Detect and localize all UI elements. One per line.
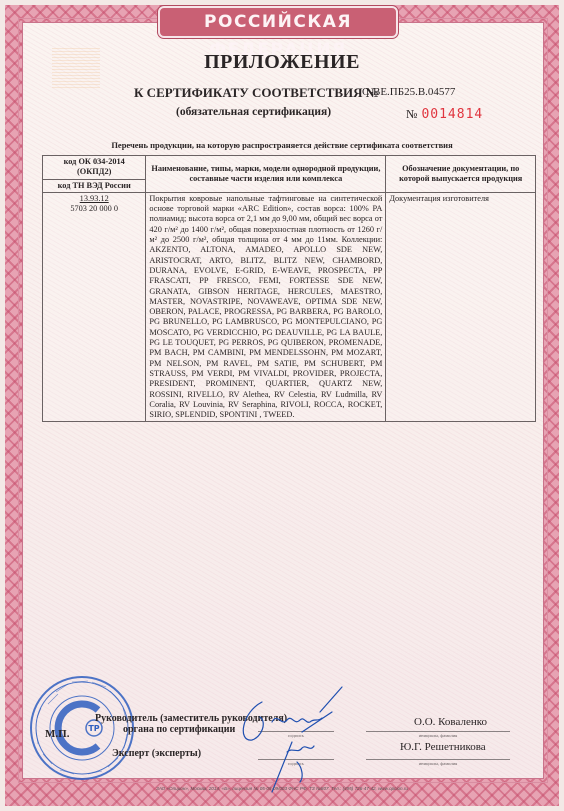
product-list-caption: Перечень продукции, на которую распростр… — [0, 140, 564, 150]
table-row: 13.93.12 5703 20 000 0 Покрытия ковровые… — [43, 192, 536, 422]
code-tnved-value: 5703 20 000 0 — [46, 204, 142, 214]
expert-name-line — [366, 759, 510, 760]
form-number: №0014814 — [406, 107, 483, 122]
header-code-okpd: код ОК 034-2014 (ОКПД2) — [43, 156, 146, 180]
form-number-value: 0014814 — [421, 107, 483, 122]
document-title: ПРИЛОЖЕНИЕ — [0, 51, 564, 74]
mandatory-note: (обязательная сертификация) — [176, 106, 331, 118]
stamp-center: TP — [88, 724, 99, 733]
header-code-tnved: код ТН ВЭД России — [43, 179, 146, 192]
head-name: О.О. Коваленко — [414, 716, 487, 728]
head-label-line2: органа по сертификации — [123, 724, 235, 735]
head-name-caption: инициалы, фамилия — [366, 733, 510, 738]
certificate-number: С-ВЕ.ПБ25.В.04577 — [362, 86, 455, 98]
form-number-prefix: № — [406, 107, 417, 121]
header-name: Наименование, типы, марки, модели одноро… — [146, 156, 386, 193]
signature-icon — [232, 682, 352, 802]
expert-name: Ю.Г. Решетникова — [400, 741, 486, 753]
document-subtitle: К СЕРТИФИКАТУ СООТВЕТСТВИЯ № — [134, 85, 379, 101]
cell-description: Покрытия ковровые напольные тафтинговые … — [146, 192, 386, 422]
printer-footer: ЗАО «Опцион», Москва, 2014, «Б», лицензи… — [0, 786, 564, 791]
country-banner: РОССИЙСКАЯ ФЕДЕРАЦИЯ — [158, 6, 398, 38]
head-name-line — [366, 731, 510, 732]
code-okpd-value: 13.93.12 — [46, 194, 142, 204]
expert-label: Эксперт (эксперты) — [112, 748, 201, 759]
expert-name-caption: инициалы, фамилия — [366, 761, 510, 766]
cell-docs: Документация изготовителя — [386, 192, 536, 422]
header-docs: Обозначение документации, по которой вып… — [386, 156, 536, 193]
stamp-label: М.П. — [45, 728, 69, 740]
cell-codes: 13.93.12 5703 20 000 0 — [43, 192, 146, 422]
product-table: код ОК 034-2014 (ОКПД2) Наименование, ти… — [42, 155, 536, 422]
table-header-row: код ОК 034-2014 (ОКПД2) Наименование, ти… — [43, 156, 536, 180]
